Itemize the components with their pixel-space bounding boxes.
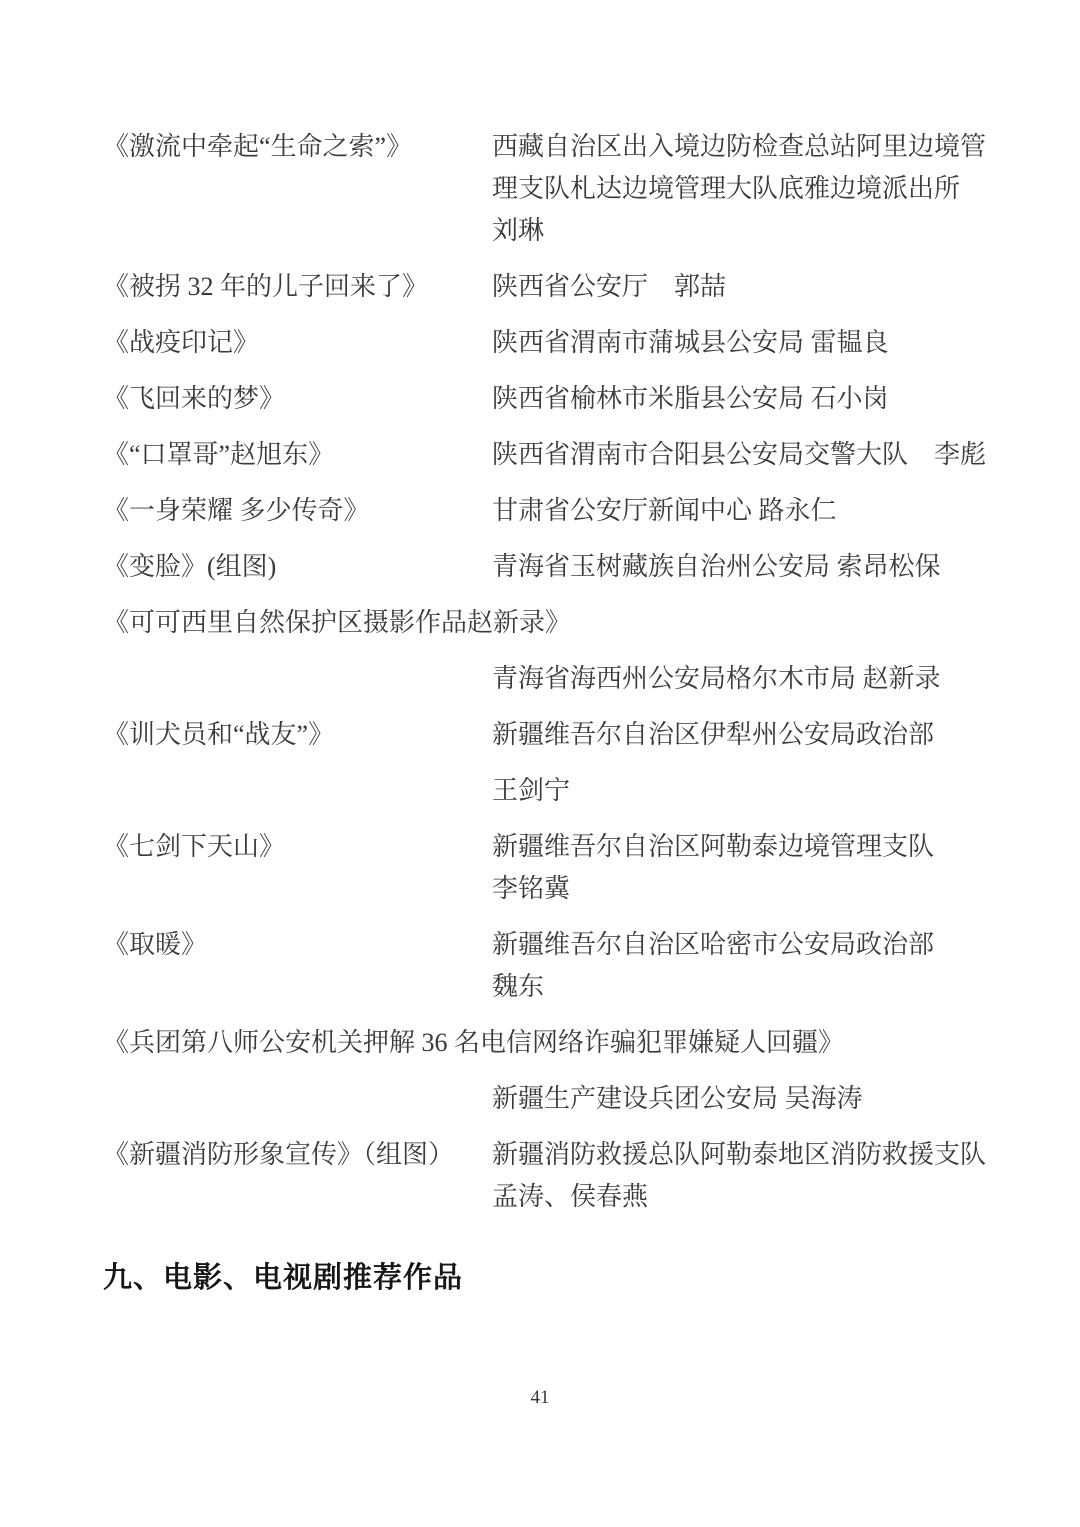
attribution: 陕西省公安厅 郭喆 [492,266,987,308]
entry-row: 《新疆消防形象宣传》（组图）新疆消防救援总队阿勒泰地区消防救援支队孟涛、侯春燕 [103,1134,987,1218]
attribution-line: 理支队札达边境管理大队底雅边境派出所 [492,168,987,210]
attribution-line: 新疆维吾尔自治区阿勒泰边境管理支队 [492,826,987,868]
work-title: 《飞回来的梦》 [103,378,492,420]
attribution-line: 孟涛、侯春燕 [492,1176,987,1218]
document-page: 《激流中牵起“生命之索”》西藏自治区出入境边防检查总站阿里边境管理支队札达边境管… [0,0,1080,1527]
attribution: 新疆维吾尔自治区阿勒泰边境管理支队李铭冀 [492,826,987,910]
work-title: 《新疆消防形象宣传》（组图） [103,1134,492,1176]
attribution: 青海省玉树藏族自治州公安局 索昂松保 [492,546,987,588]
document-content: 《激流中牵起“生命之索”》西藏自治区出入境边防检查总站阿里边境管理支队札达边境管… [103,126,987,1300]
work-entry: 《七剑下天山》新疆维吾尔自治区阿勒泰边境管理支队李铭冀 [103,826,987,910]
attribution-line: 新疆维吾尔自治区哈密市公安局政治部 [492,924,987,966]
entry-row: 《训犬员和“战友”》新疆维吾尔自治区伊犁州公安局政治部王剑宁 [103,714,987,812]
attribution-line: 陕西省公安厅 郭喆 [492,266,987,308]
entry-row: 《飞回来的梦》陕西省榆林市米脂县公安局 石小岗 [103,378,987,420]
attribution: 陕西省渭南市合阳县公安局交警大队 李彪 [492,434,987,476]
works-list: 《激流中牵起“生命之索”》西藏自治区出入境边防检查总站阿里边境管理支队札达边境管… [103,126,987,1218]
page-number: 41 [0,1386,1080,1410]
attribution-line: 魏东 [492,966,987,1008]
attribution-line: 李铭冀 [492,868,987,910]
attribution: 青海省海西州公安局格尔木市局 赵新录 [492,658,987,700]
work-entry: 《一身荣耀 多少传奇》甘肃省公安厅新闻中心 路永仁 [103,490,987,532]
entry-row: 《被拐 32 年的儿子回来了》陕西省公安厅 郭喆 [103,266,987,308]
work-title: 《被拐 32 年的儿子回来了》 [103,266,492,308]
attribution: 新疆消防救援总队阿勒泰地区消防救援支队孟涛、侯春燕 [492,1134,987,1218]
work-title: 《可可西里自然保护区摄影作品赵新录》 [103,602,987,644]
work-entry: 《训犬员和“战友”》新疆维吾尔自治区伊犁州公安局政治部王剑宁 [103,714,987,812]
work-entry: 《变脸》(组图)青海省玉树藏族自治州公安局 索昂松保 [103,546,987,588]
work-entry: 《取暖》新疆维吾尔自治区哈密市公安局政治部魏东 [103,924,987,1008]
attribution-line: 新疆维吾尔自治区伊犁州公安局政治部 [492,714,987,756]
attribution-line: 新疆生产建设兵团公安局 吴海涛 [492,1078,987,1120]
attribution-line: 西藏自治区出入境边防检查总站阿里边境管 [492,126,987,168]
attribution-line: 陕西省渭南市蒲城县公安局 雷韫良 [492,322,987,364]
attribution-line: 陕西省渭南市合阳县公安局交警大队 李彪 [492,434,987,476]
attribution: 陕西省渭南市蒲城县公安局 雷韫良 [492,322,987,364]
work-entry: 《可可西里自然保护区摄影作品赵新录》青海省海西州公安局格尔木市局 赵新录 [103,602,987,700]
attribution-line: 王剑宁 [492,770,987,812]
work-title: 《激流中牵起“生命之索”》 [103,126,492,168]
attribution-line: 青海省海西州公安局格尔木市局 赵新录 [492,658,987,700]
attribution-line: 刘琳 [492,210,987,252]
work-title: 《变脸》(组图) [103,546,492,588]
attribution: 西藏自治区出入境边防检查总站阿里边境管理支队札达边境管理大队底雅边境派出所刘琳 [492,126,987,252]
work-entry: 《激流中牵起“生命之索”》西藏自治区出入境边防检查总站阿里边境管理支队札达边境管… [103,126,987,252]
attribution-line: 甘肃省公安厅新闻中心 路永仁 [492,490,987,532]
attribution-line: 新疆消防救援总队阿勒泰地区消防救援支队 [492,1134,987,1176]
attribution: 新疆维吾尔自治区伊犁州公安局政治部王剑宁 [492,714,987,812]
entry-row: 《一身荣耀 多少传奇》甘肃省公安厅新闻中心 路永仁 [103,490,987,532]
entry-row: 《“口罩哥”赵旭东》陕西省渭南市合阳县公安局交警大队 李彪 [103,434,987,476]
work-entry: 《被拐 32 年的儿子回来了》陕西省公安厅 郭喆 [103,266,987,308]
attribution: 新疆维吾尔自治区哈密市公安局政治部魏东 [492,924,987,1008]
work-entry: 《兵团第八师公安机关押解 36 名电信网络诈骗犯罪嫌疑人回疆》新疆生产建设兵团公… [103,1022,987,1120]
attribution: 新疆生产建设兵团公安局 吴海涛 [492,1078,987,1120]
section-heading: 九、电影、电视剧推荐作品 [103,1256,987,1300]
entry-row: 《取暖》新疆维吾尔自治区哈密市公安局政治部魏东 [103,924,987,1008]
work-title: 《兵团第八师公安机关押解 36 名电信网络诈骗犯罪嫌疑人回疆》 [103,1022,987,1064]
entry-row: 《激流中牵起“生命之索”》西藏自治区出入境边防检查总站阿里边境管理支队札达边境管… [103,126,987,252]
entry-row: 《战疫印记》陕西省渭南市蒲城县公安局 雷韫良 [103,322,987,364]
attribution-line: 青海省玉树藏族自治州公安局 索昂松保 [492,546,987,588]
entry-row: 《变脸》(组图)青海省玉树藏族自治州公安局 索昂松保 [103,546,987,588]
work-title: 《七剑下天山》 [103,826,492,868]
work-entry: 《飞回来的梦》陕西省榆林市米脂县公安局 石小岗 [103,378,987,420]
entry-row: 《七剑下天山》新疆维吾尔自治区阿勒泰边境管理支队李铭冀 [103,826,987,910]
work-entry: 《“口罩哥”赵旭东》陕西省渭南市合阳县公安局交警大队 李彪 [103,434,987,476]
work-title: 《一身荣耀 多少传奇》 [103,490,492,532]
attribution-line: 陕西省榆林市米脂县公安局 石小岗 [492,378,987,420]
attribution: 陕西省榆林市米脂县公安局 石小岗 [492,378,987,420]
work-title: 《战疫印记》 [103,322,492,364]
attribution: 甘肃省公安厅新闻中心 路永仁 [492,490,987,532]
work-title: 《训犬员和“战友”》 [103,714,492,756]
work-title: 《取暖》 [103,924,492,966]
work-title: 《“口罩哥”赵旭东》 [103,434,492,476]
work-entry: 《新疆消防形象宣传》（组图）新疆消防救援总队阿勒泰地区消防救援支队孟涛、侯春燕 [103,1134,987,1218]
work-entry: 《战疫印记》陕西省渭南市蒲城县公安局 雷韫良 [103,322,987,364]
